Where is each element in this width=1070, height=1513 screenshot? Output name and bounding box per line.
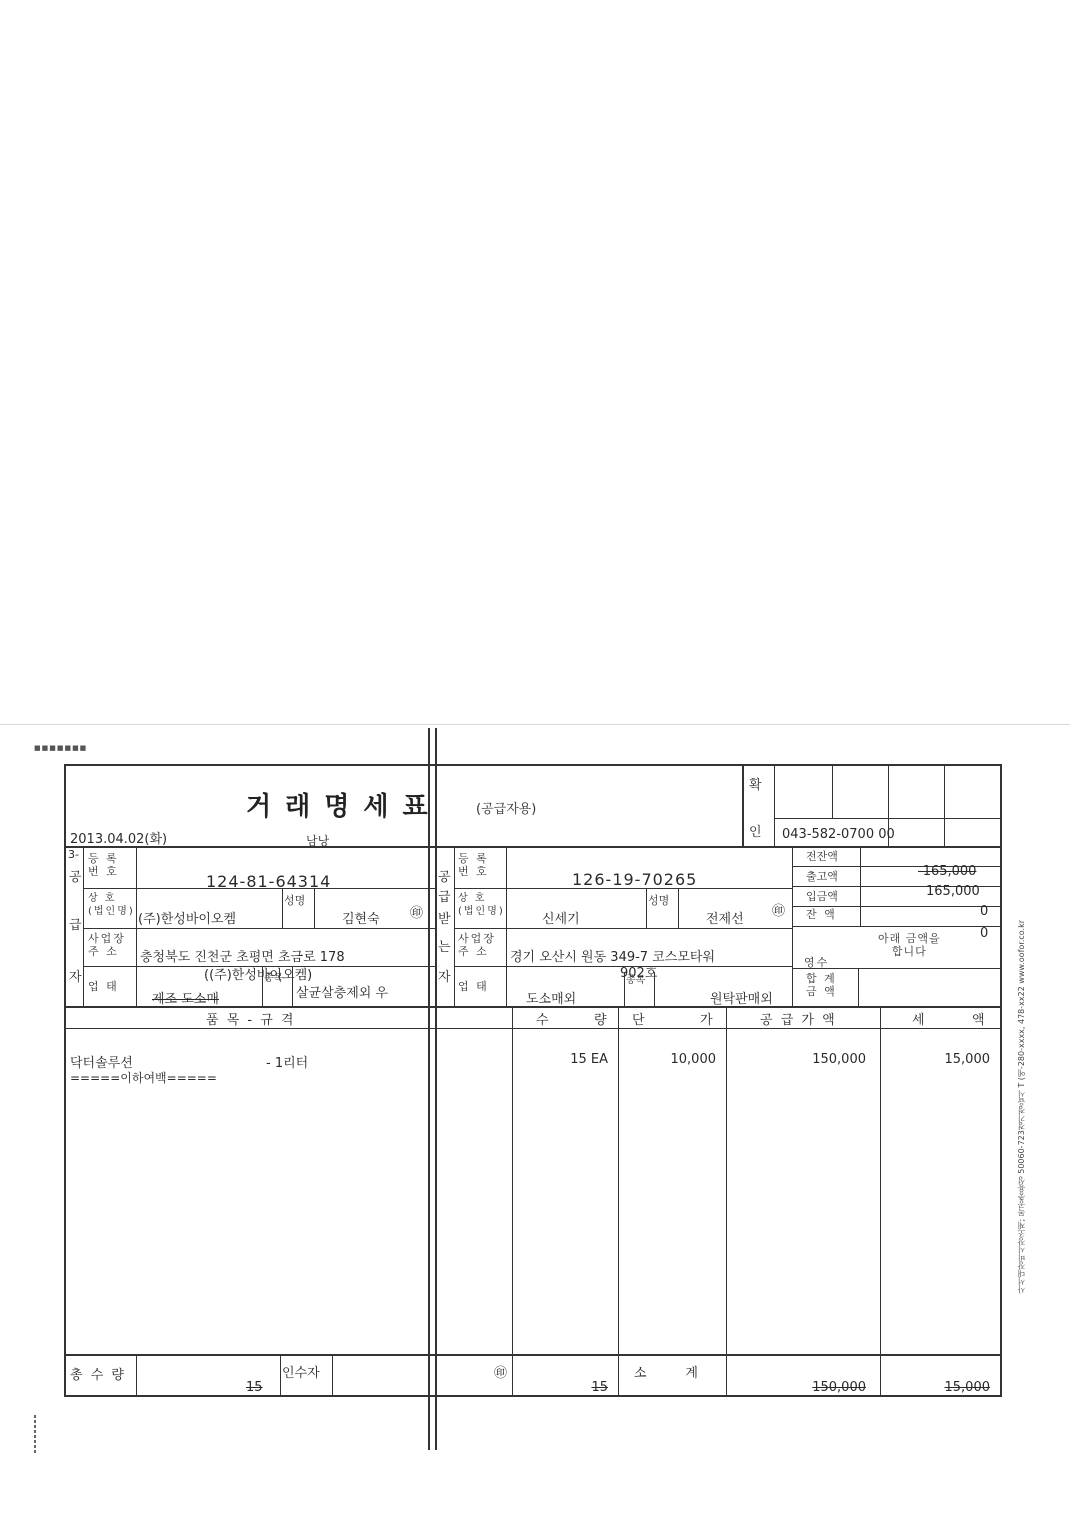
supplier-company: (주)한성바이오켐 [138, 908, 236, 927]
remaining-balance-label: 잔 액 [806, 908, 837, 921]
receiver-company-label: 상 호 (법인명) [458, 892, 505, 918]
document-title: 거래명세표 [246, 786, 442, 823]
supplier-label-1: 공 [69, 866, 82, 885]
receiver-seal-icon-footer: ㊞ [494, 1362, 507, 1381]
receiver-label-1: 공 [438, 866, 451, 885]
shipped-amount: -165,000 [918, 864, 976, 879]
header-item-spec: 품 목 - 규 격 [206, 1009, 295, 1028]
row-supply-amount: 150,000 [728, 1052, 866, 1067]
supplier-business-type-label: 업 태 [88, 980, 119, 993]
subtotal-tax: 15,000 [882, 1380, 990, 1395]
paid-amount: 165,000 [926, 884, 980, 899]
supplier-prefix: 3- [68, 848, 79, 861]
supplier-name: 김현숙 [342, 908, 380, 927]
receiver-business-type-label: 업 태 [458, 980, 489, 993]
total-amount-label: 합 계 금 액 [806, 972, 837, 998]
supplier-address-label: 사업장 주 소 [88, 932, 126, 958]
printer-side-note: 사서대장비시장조제; 목공충용성 50060-723경기정읍시 T (에-280… [1016, 920, 1027, 1294]
receiver-label-5: 자 [438, 966, 451, 985]
receiver-item-label: 종목 [626, 974, 645, 987]
receiver-reg-no-label: 등 록 번 호 [458, 852, 489, 878]
supplier-label-3: 자 [69, 966, 82, 985]
header-quantity-left: 수 [536, 1009, 551, 1028]
total-quantity-label: 총 수 량 [70, 1364, 126, 1383]
blank-marker: =====이하여백===== [70, 1069, 217, 1086]
remaining-balance: 0 [980, 904, 988, 919]
receiver-address-label: 사업장 주 소 [458, 932, 496, 958]
shipped-amount-label: 출고액 [806, 870, 838, 883]
header-tax-right: 액 [972, 1009, 987, 1028]
receiver-item: 원탁판매외 [710, 988, 773, 1007]
total-quantity: 15 [246, 1380, 263, 1395]
receiver-sign-label: 인수자 [282, 1362, 320, 1381]
header-quantity-right: 량 [594, 1009, 609, 1028]
page-fold-line [0, 724, 1070, 725]
supplier-seal-icon: ㊞ [410, 902, 423, 921]
scan-mark: ■■■■■■■ [34, 744, 87, 752]
supplier-item: 살균살충제외 우 [296, 982, 388, 1001]
row-quantity: 15 EA [514, 1052, 608, 1067]
receiver-name: 전제선 [706, 908, 744, 927]
header-unit-price-right: 가 [700, 1009, 715, 1028]
subtotal-supply: 150,000 [728, 1380, 866, 1395]
receiver-reg-no: 126-19-70265 [572, 870, 697, 889]
receiver-label-2: 급 [438, 886, 451, 905]
receiver-name-label: 성명 [648, 894, 669, 907]
supplier-reg-no-label: 등 록 번 호 [88, 852, 119, 878]
previous-balance-label: 전잔액 [806, 850, 838, 863]
receiver-seal-icon: ㊞ [772, 900, 785, 919]
receipt-zero: 0 [980, 926, 988, 941]
supplier-label-2: 급 [69, 914, 82, 933]
receiver-label-4: 는 [438, 936, 451, 955]
row-tax: 15,000 [882, 1052, 990, 1067]
header-unit-price-left: 단 [632, 1009, 647, 1028]
receipt-note: 아래 금액을 합니다 [878, 932, 941, 958]
issue-date: 2013.04.02(화) [70, 828, 167, 847]
supplier-name-label: 성명 [284, 894, 305, 907]
row-spec: - 1리터 [266, 1052, 308, 1071]
receiver-address: 경기 오산시 원동 349-7 코스모타워 [510, 946, 715, 965]
receiver-label-3: 받 [438, 908, 451, 927]
confirm-label-bottom: 인 [749, 821, 762, 840]
paid-amount-label: 입금액 [806, 890, 838, 903]
footer-quantity: 15 [514, 1380, 608, 1395]
header-supply-amount: 공 급 가 액 [760, 1009, 837, 1028]
receiver-business-type: 도소매외 [526, 988, 576, 1007]
margin-tick [34, 1415, 36, 1455]
header-tax-left: 세 [912, 1009, 927, 1028]
row-unit-price: 10,000 [620, 1052, 716, 1067]
supplier-item-label: 종목 [264, 972, 283, 985]
transaction-statement-form: 거래명세표 (공급자용) 2013.04.02(화) 남낭 확 인 043-58… [64, 764, 1002, 1397]
subtotal-label: 소 계 [634, 1362, 700, 1381]
supplier-business-type: 제조 도소매 [152, 988, 219, 1007]
receiver-company: 신세기 [542, 908, 580, 927]
supplier-company-label: 상 호 (법인명) [88, 892, 135, 918]
phone-number: 043-582-0700 00 [782, 827, 895, 842]
supplier-address: 충청북도 진천군 초평면 초금로 178 [140, 946, 345, 965]
confirm-label-top: 확 [749, 774, 762, 793]
document-subtitle: (공급자용) [476, 798, 536, 817]
